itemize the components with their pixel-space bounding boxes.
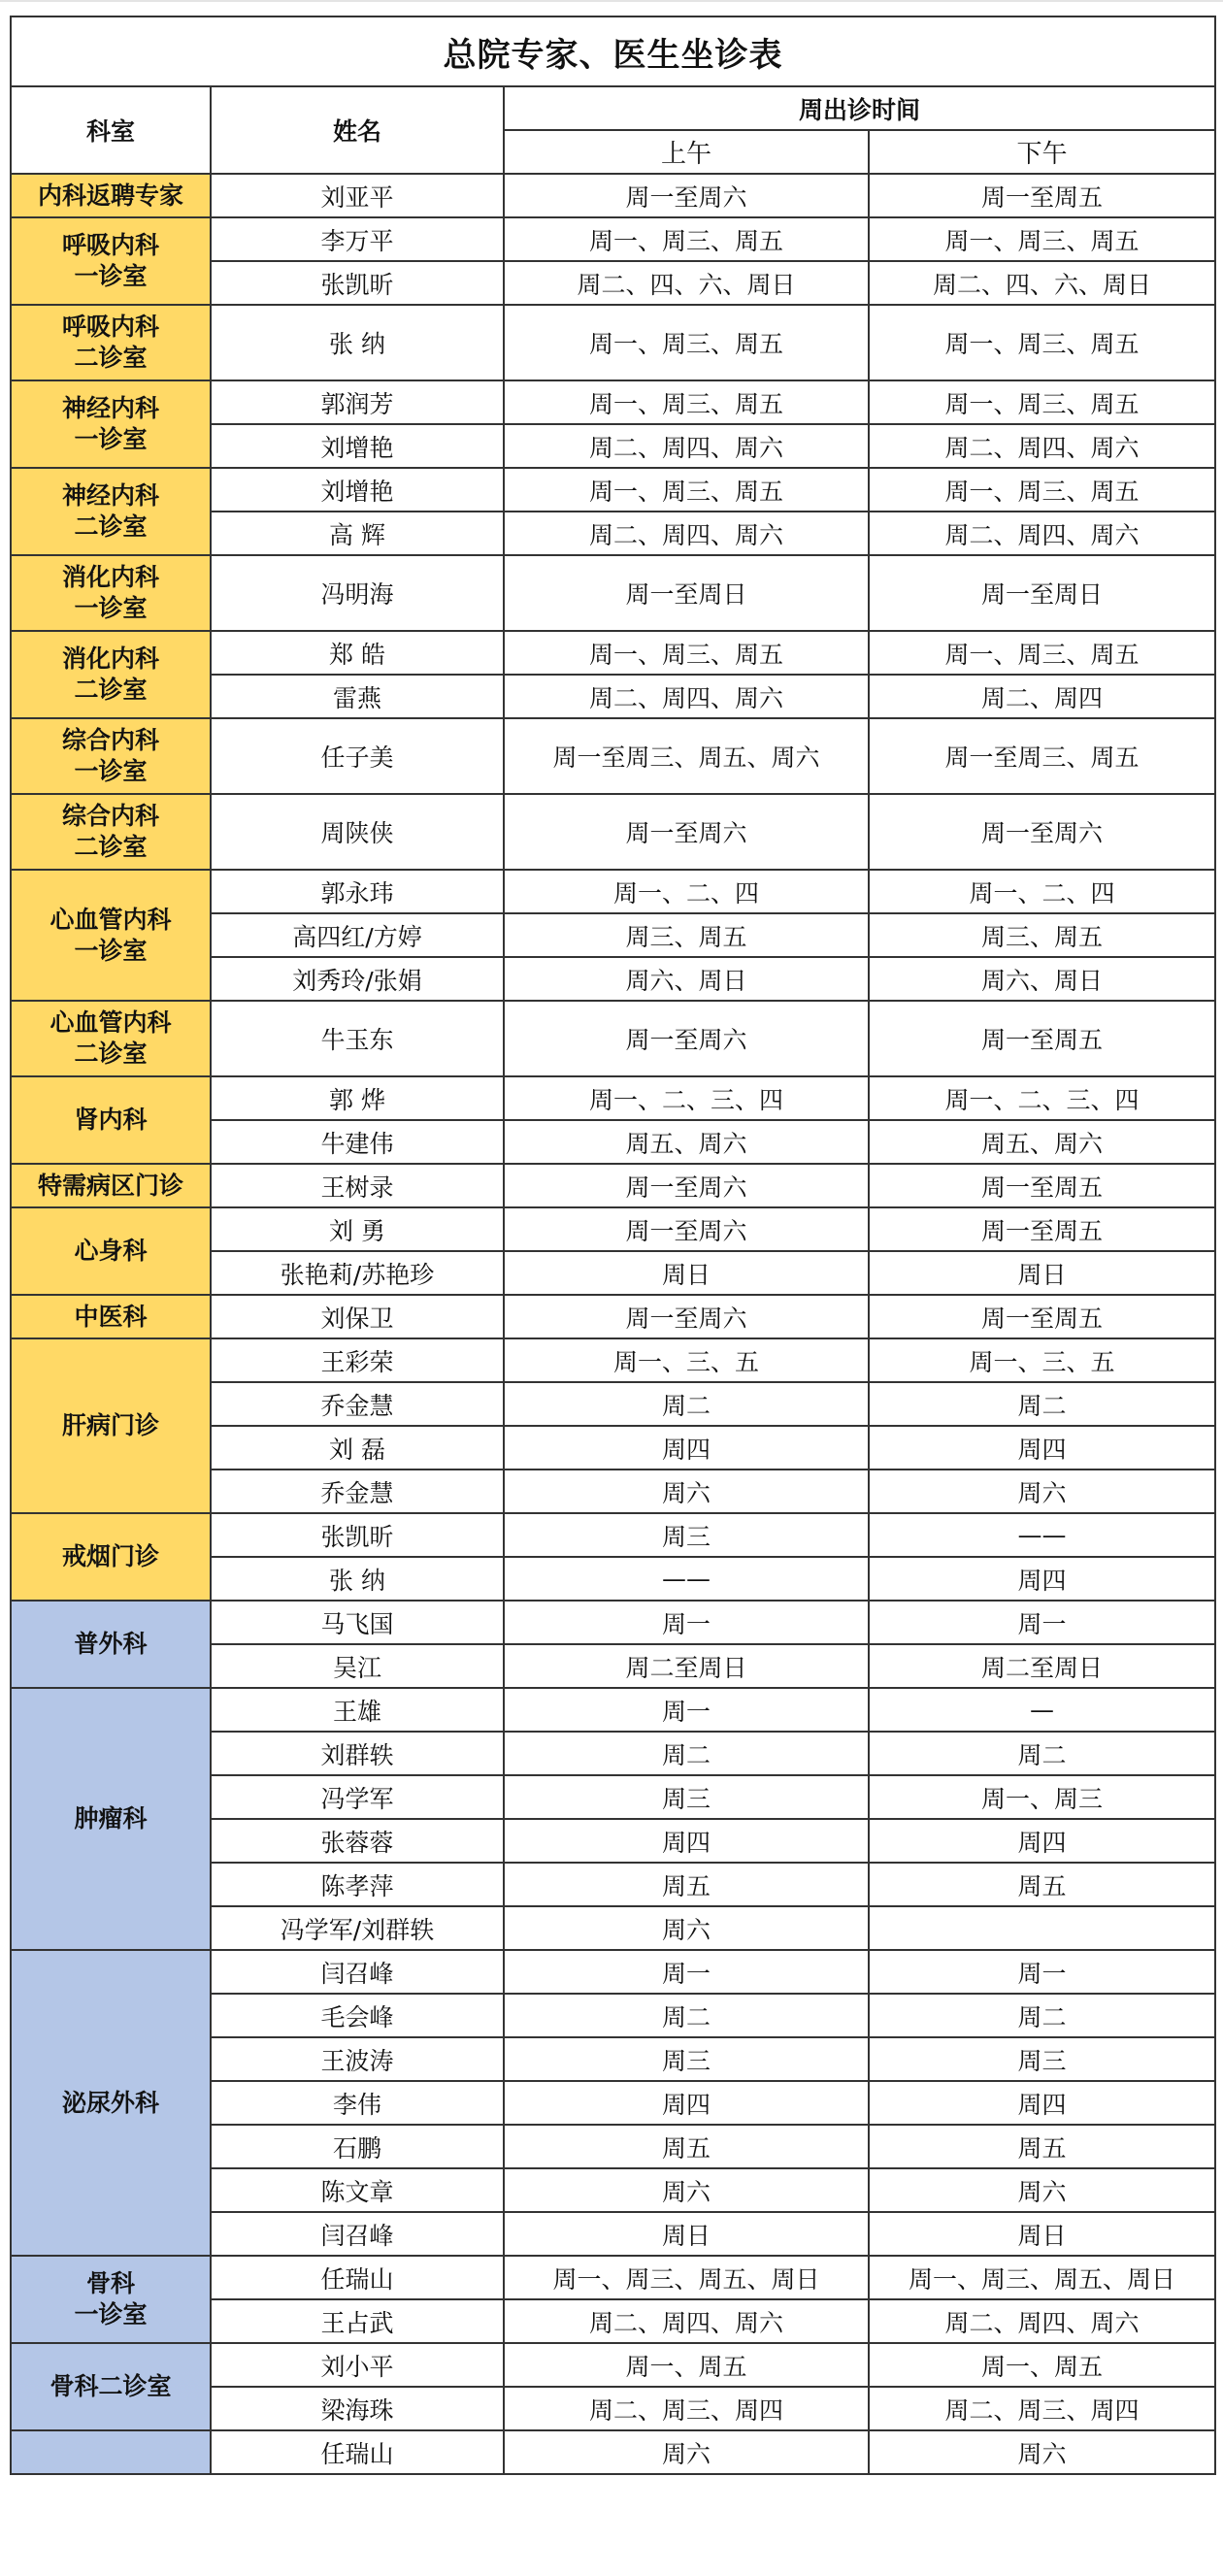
- table-row: 泌尿外科闫召峰周一周一: [11, 1950, 1215, 1994]
- morning-schedule: 周三: [504, 2037, 869, 2081]
- afternoon-schedule: 周四: [869, 1819, 1215, 1863]
- department-cell: 中医科: [11, 1295, 211, 1338]
- afternoon-schedule: 周五: [869, 2125, 1215, 2168]
- afternoon-schedule: 周一、周三、周五: [869, 631, 1215, 675]
- morning-schedule: 周一、周三、周五: [504, 468, 869, 512]
- doctor-name: 王占武: [211, 2299, 504, 2343]
- header-schedule-group: 周出诊时间: [504, 86, 1215, 130]
- doctor-name: 张艳莉/苏艳珍: [211, 1251, 504, 1295]
- afternoon-schedule: ——: [869, 1513, 1215, 1557]
- department-label: 肝病门诊: [12, 1410, 210, 1441]
- department-label: 二诊室: [12, 675, 210, 706]
- department-cell: 神经内科一诊室: [11, 380, 211, 468]
- afternoon-schedule: 周一至周三、周五: [869, 718, 1215, 794]
- doctor-name: 张 纳: [211, 305, 504, 380]
- doctor-name: 刘 磊: [211, 1426, 504, 1470]
- doctor-name: 任子美: [211, 718, 504, 794]
- morning-schedule: 周日: [504, 2212, 869, 2256]
- department-label: 神经内科: [12, 393, 210, 424]
- morning-schedule: 周六: [504, 1470, 869, 1513]
- morning-schedule: 周三: [504, 1513, 869, 1557]
- afternoon-schedule: 周一、二、三、四: [869, 1076, 1215, 1120]
- doctor-name: 冯明海: [211, 555, 504, 631]
- doctor-name: 郭 烨: [211, 1076, 504, 1120]
- afternoon-schedule: 周一至周五: [869, 1001, 1215, 1076]
- doctor-name: 李万平: [211, 217, 504, 261]
- afternoon-schedule: 周六、周日: [869, 957, 1215, 1001]
- afternoon-schedule: 周一: [869, 1950, 1215, 1994]
- doctor-name: 高四红/方婷: [211, 913, 504, 957]
- afternoon-schedule: 周一至周五: [869, 174, 1215, 217]
- morning-schedule: 周六: [504, 2168, 869, 2212]
- afternoon-schedule: 周二、周四、周六: [869, 2299, 1215, 2343]
- doctor-name: 张蓉蓉: [211, 1819, 504, 1863]
- doctor-name: 王波涛: [211, 2037, 504, 2081]
- afternoon-schedule: 周一: [869, 1601, 1215, 1644]
- afternoon-schedule: 周二、周四: [869, 675, 1215, 718]
- department-label: 泌尿外科: [12, 2088, 210, 2119]
- morning-schedule: 周二、周四、周六: [504, 2299, 869, 2343]
- morning-schedule: ——: [504, 1557, 869, 1601]
- afternoon-schedule: 周一、周三、周五: [869, 217, 1215, 261]
- afternoon-schedule: 周一至周五: [869, 1207, 1215, 1251]
- header-department: 科室: [11, 86, 211, 174]
- schedule-body: 内科返聘专家刘亚平周一至周六周一至周五呼吸内科一诊室李万平周一、周三、周五周一、…: [11, 174, 1215, 2474]
- morning-schedule: 周四: [504, 2081, 869, 2125]
- doctor-name: 乔金慧: [211, 1470, 504, 1513]
- schedule-table: 总院专家、医生坐诊表 科室 姓名 周出诊时间 上午 下午 内科返聘专家刘亚平周一…: [10, 16, 1216, 2475]
- morning-schedule: 周二: [504, 1994, 869, 2037]
- doctor-name: 闫召峰: [211, 1950, 504, 1994]
- table-row: 内科返聘专家刘亚平周一至周六周一至周五: [11, 174, 1215, 217]
- morning-schedule: 周一至周日: [504, 555, 869, 631]
- department-cell: 呼吸内科一诊室: [11, 217, 211, 305]
- doctor-name: 任瑞山: [211, 2430, 504, 2474]
- morning-schedule: 周一至周六: [504, 1001, 869, 1076]
- morning-schedule: 周二、周四、周六: [504, 424, 869, 468]
- morning-schedule: 周一至周六: [504, 1295, 869, 1338]
- doctor-name: 王彩荣: [211, 1338, 504, 1382]
- department-cell: 神经内科二诊室: [11, 468, 211, 555]
- morning-schedule: 周一、二、四: [504, 870, 869, 913]
- department-label: 二诊室: [12, 832, 210, 863]
- table-row: 呼吸内科二诊室张 纳周一、周三、周五周一、周三、周五: [11, 305, 1215, 380]
- afternoon-schedule: 周日: [869, 2212, 1215, 2256]
- department-label: 特需病区门诊: [12, 1171, 210, 1202]
- department-cell: 肝病门诊: [11, 1338, 211, 1513]
- department-cell: 戒烟门诊: [11, 1513, 211, 1601]
- afternoon-schedule: 周一、周三、周五: [869, 468, 1215, 512]
- afternoon-schedule: 周二、周三、周四: [869, 2387, 1215, 2430]
- doctor-name: 王雄: [211, 1688, 504, 1732]
- morning-schedule: 周一至周六: [504, 1207, 869, 1251]
- department-label: 一诊室: [12, 593, 210, 624]
- top-divider: [0, 0, 1223, 2]
- doctor-name: 刘秀玲/张娟: [211, 957, 504, 1001]
- afternoon-schedule: 周二: [869, 1382, 1215, 1426]
- doctor-name: 刘亚平: [211, 174, 504, 217]
- table-row: 任瑞山周六周六: [11, 2430, 1215, 2474]
- department-label: 心血管内科: [12, 905, 210, 936]
- afternoon-schedule: 周一至周六: [869, 794, 1215, 870]
- doctor-name: 陈孝萍: [211, 1863, 504, 1906]
- morning-schedule: 周六: [504, 1906, 869, 1950]
- department-label: 内科返聘专家: [12, 181, 210, 212]
- table-row: 心身科刘 勇周一至周六周一至周五: [11, 1207, 1215, 1251]
- doctor-name: 乔金慧: [211, 1382, 504, 1426]
- department-cell: 心血管内科二诊室: [11, 1001, 211, 1076]
- department-label: 戒烟门诊: [12, 1541, 210, 1572]
- afternoon-schedule: 周一至周五: [869, 1295, 1215, 1338]
- doctor-name: 冯学军: [211, 1775, 504, 1819]
- department-label: 骨科: [12, 2268, 210, 2299]
- morning-schedule: 周日: [504, 1251, 869, 1295]
- department-label: 中医科: [12, 1302, 210, 1333]
- department-cell: 消化内科一诊室: [11, 555, 211, 631]
- afternoon-schedule: 周五: [869, 1863, 1215, 1906]
- department-label: 一诊室: [12, 2299, 210, 2330]
- morning-schedule: 周一至周六: [504, 794, 869, 870]
- afternoon-schedule: 周四: [869, 1557, 1215, 1601]
- department-label: 一诊室: [12, 424, 210, 455]
- department-cell: 肾内科: [11, 1076, 211, 1164]
- morning-schedule: 周六、周日: [504, 957, 869, 1001]
- doctor-name: 冯学军/刘群轶: [211, 1906, 504, 1950]
- morning-schedule: 周一、三、五: [504, 1338, 869, 1382]
- table-row: 戒烟门诊张凯昕周三——: [11, 1513, 1215, 1557]
- doctor-name: 张凯昕: [211, 1513, 504, 1557]
- morning-schedule: 周三: [504, 1775, 869, 1819]
- doctor-name: 郭润芳: [211, 380, 504, 424]
- morning-schedule: 周一、周三、周五、周日: [504, 2256, 869, 2299]
- doctor-name: 陈文章: [211, 2168, 504, 2212]
- morning-schedule: 周四: [504, 1426, 869, 1470]
- afternoon-schedule: —: [869, 1688, 1215, 1732]
- table-row: 骨科一诊室任瑞山周一、周三、周五、周日周一、周三、周五、周日: [11, 2256, 1215, 2299]
- morning-schedule: 周五、周六: [504, 1120, 869, 1164]
- afternoon-schedule: 周一、二、四: [869, 870, 1215, 913]
- doctor-name: 张凯昕: [211, 261, 504, 305]
- doctor-name: 马飞国: [211, 1601, 504, 1644]
- afternoon-schedule: 周一至周日: [869, 555, 1215, 631]
- afternoon-schedule: 周二、周四、周六: [869, 424, 1215, 468]
- department-cell: 泌尿外科: [11, 1950, 211, 2256]
- table-row: 特需病区门诊王树录周一至周六周一至周五: [11, 1164, 1215, 1207]
- afternoon-schedule: 周六: [869, 1470, 1215, 1513]
- morning-schedule: 周一、周三、周五: [504, 305, 869, 380]
- header-morning: 上午: [504, 130, 869, 174]
- doctor-name: 张 纳: [211, 1557, 504, 1601]
- morning-schedule: 周五: [504, 2125, 869, 2168]
- doctor-name: 牛玉东: [211, 1001, 504, 1076]
- department-label: 二诊室: [12, 1039, 210, 1070]
- morning-schedule: 周一: [504, 1601, 869, 1644]
- table-row: 肿瘤科王雄周一—: [11, 1688, 1215, 1732]
- department-label: 消化内科: [12, 644, 210, 675]
- department-cell: 心血管内科一诊室: [11, 870, 211, 1001]
- table-row: 骨科二诊室刘小平周一、周五周一、周五: [11, 2343, 1215, 2387]
- afternoon-schedule: 周一至周五: [869, 1164, 1215, 1207]
- morning-schedule: 周二至周日: [504, 1644, 869, 1688]
- department-label: 肿瘤科: [12, 1803, 210, 1834]
- table-row: 呼吸内科一诊室李万平周一、周三、周五周一、周三、周五: [11, 217, 1215, 261]
- department-cell: 特需病区门诊: [11, 1164, 211, 1207]
- afternoon-schedule: 周六: [869, 2168, 1215, 2212]
- morning-schedule: 周一、周五: [504, 2343, 869, 2387]
- afternoon-schedule: 周一、三、五: [869, 1338, 1215, 1382]
- doctor-name: 周陕侠: [211, 794, 504, 870]
- table-row: 肾内科郭 烨周一、二、三、四周一、二、三、四: [11, 1076, 1215, 1120]
- afternoon-schedule: 周一、周三、周五、周日: [869, 2256, 1215, 2299]
- morning-schedule: 周一、周三、周五: [504, 631, 869, 675]
- department-label: 一诊室: [12, 261, 210, 292]
- doctor-name: 王树录: [211, 1164, 504, 1207]
- afternoon-schedule: 周二、四、六、周日: [869, 261, 1215, 305]
- morning-schedule: 周一、二、三、四: [504, 1076, 869, 1120]
- morning-schedule: 周四: [504, 1819, 869, 1863]
- department-label: 心身科: [12, 1236, 210, 1267]
- doctor-name: 刘保卫: [211, 1295, 504, 1338]
- department-label: 肾内科: [12, 1105, 210, 1136]
- afternoon-schedule: [869, 1906, 1215, 1950]
- morning-schedule: 周一: [504, 1950, 869, 1994]
- afternoon-schedule: 周四: [869, 1426, 1215, 1470]
- doctor-name: 梁海珠: [211, 2387, 504, 2430]
- table-row: 神经内科一诊室郭润芳周一、周三、周五周一、周三、周五: [11, 380, 1215, 424]
- department-label: 骨科二诊室: [12, 2371, 210, 2402]
- doctor-name: 刘增艳: [211, 424, 504, 468]
- doctor-name: 毛会峰: [211, 1994, 504, 2037]
- doctor-name: 李伟: [211, 2081, 504, 2125]
- doctor-name: 刘群轶: [211, 1732, 504, 1775]
- morning-schedule: 周二: [504, 1732, 869, 1775]
- department-label: 综合内科: [12, 725, 210, 756]
- department-label: 一诊室: [12, 756, 210, 787]
- morning-schedule: 周二、周四、周六: [504, 512, 869, 555]
- table-row: 消化内科一诊室冯明海周一至周日周一至周日: [11, 555, 1215, 631]
- morning-schedule: 周六: [504, 2430, 869, 2474]
- morning-schedule: 周一、周三、周五: [504, 380, 869, 424]
- department-label: 呼吸内科: [12, 312, 210, 343]
- doctor-name: 刘增艳: [211, 468, 504, 512]
- table-row: 肝病门诊王彩荣周一、三、五周一、三、五: [11, 1338, 1215, 1382]
- department-cell: 骨科一诊室: [11, 2256, 211, 2343]
- table-row: 消化内科二诊室郑 皓周一、周三、周五周一、周三、周五: [11, 631, 1215, 675]
- table-row: 心血管内科二诊室牛玉东周一至周六周一至周五: [11, 1001, 1215, 1076]
- department-label: 神经内科: [12, 480, 210, 512]
- department-label: 普外科: [12, 1629, 210, 1660]
- doctor-name: 刘小平: [211, 2343, 504, 2387]
- afternoon-schedule: 周三、周五: [869, 913, 1215, 957]
- morning-schedule: 周一: [504, 1688, 869, 1732]
- table-row: 综合内科二诊室周陕侠周一至周六周一至周六: [11, 794, 1215, 870]
- department-cell: 普外科: [11, 1601, 211, 1688]
- doctor-name: 牛建伟: [211, 1120, 504, 1164]
- afternoon-schedule: 周一、周三: [869, 1775, 1215, 1819]
- afternoon-schedule: 周二至周日: [869, 1644, 1215, 1688]
- department-label: 消化内科: [12, 562, 210, 593]
- department-cell: 呼吸内科二诊室: [11, 305, 211, 380]
- afternoon-schedule: 周五、周六: [869, 1120, 1215, 1164]
- afternoon-schedule: 周日: [869, 1251, 1215, 1295]
- afternoon-schedule: 周一、周三、周五: [869, 305, 1215, 380]
- department-label: 心血管内科: [12, 1007, 210, 1039]
- department-label: 综合内科: [12, 801, 210, 832]
- afternoon-schedule: 周一、周五: [869, 2343, 1215, 2387]
- table-row: 综合内科一诊室任子美周一至周三、周五、周六周一至周三、周五: [11, 718, 1215, 794]
- morning-schedule: 周二: [504, 1382, 869, 1426]
- doctor-name: 郭永玮: [211, 870, 504, 913]
- department-cell: [11, 2430, 211, 2474]
- morning-schedule: 周一至周三、周五、周六: [504, 718, 869, 794]
- doctor-name: 高 辉: [211, 512, 504, 555]
- afternoon-schedule: 周四: [869, 2081, 1215, 2125]
- department-label: 二诊室: [12, 512, 210, 543]
- morning-schedule: 周一、周三、周五: [504, 217, 869, 261]
- doctor-name: 刘 勇: [211, 1207, 504, 1251]
- table-row: 神经内科二诊室刘增艳周一、周三、周五周一、周三、周五: [11, 468, 1215, 512]
- morning-schedule: 周三、周五: [504, 913, 869, 957]
- morning-schedule: 周二、周四、周六: [504, 675, 869, 718]
- department-label: 一诊室: [12, 936, 210, 967]
- doctor-name: 任瑞山: [211, 2256, 504, 2299]
- department-cell: 综合内科一诊室: [11, 718, 211, 794]
- doctor-name: 雷燕: [211, 675, 504, 718]
- department-cell: 消化内科二诊室: [11, 631, 211, 718]
- doctor-name: 石鹏: [211, 2125, 504, 2168]
- table-row: 心血管内科一诊室郭永玮周一、二、四周一、二、四: [11, 870, 1215, 913]
- morning-schedule: 周二、四、六、周日: [504, 261, 869, 305]
- header-name: 姓名: [211, 86, 504, 174]
- doctor-name: 郑 皓: [211, 631, 504, 675]
- department-cell: 内科返聘专家: [11, 174, 211, 217]
- department-cell: 综合内科二诊室: [11, 794, 211, 870]
- doctor-name: 闫召峰: [211, 2212, 504, 2256]
- department-cell: 骨科二诊室: [11, 2343, 211, 2430]
- doctor-name: 吴江: [211, 1644, 504, 1688]
- header-afternoon: 下午: [869, 130, 1215, 174]
- morning-schedule: 周二、周三、周四: [504, 2387, 869, 2430]
- afternoon-schedule: 周一、周三、周五: [869, 380, 1215, 424]
- morning-schedule: 周五: [504, 1863, 869, 1906]
- morning-schedule: 周一至周六: [504, 174, 869, 217]
- page-title: 总院专家、医生坐诊表: [11, 17, 1215, 86]
- department-label: 二诊室: [12, 343, 210, 374]
- afternoon-schedule: 周二: [869, 1994, 1215, 2037]
- table-row: 普外科马飞国周一周一: [11, 1601, 1215, 1644]
- afternoon-schedule: 周二、周四、周六: [869, 512, 1215, 555]
- afternoon-schedule: 周二: [869, 1732, 1215, 1775]
- morning-schedule: 周一至周六: [504, 1164, 869, 1207]
- department-label: 呼吸内科: [12, 230, 210, 261]
- afternoon-schedule: 周三: [869, 2037, 1215, 2081]
- department-cell: 肿瘤科: [11, 1688, 211, 1950]
- afternoon-schedule: 周六: [869, 2430, 1215, 2474]
- table-row: 中医科刘保卫周一至周六周一至周五: [11, 1295, 1215, 1338]
- department-cell: 心身科: [11, 1207, 211, 1295]
